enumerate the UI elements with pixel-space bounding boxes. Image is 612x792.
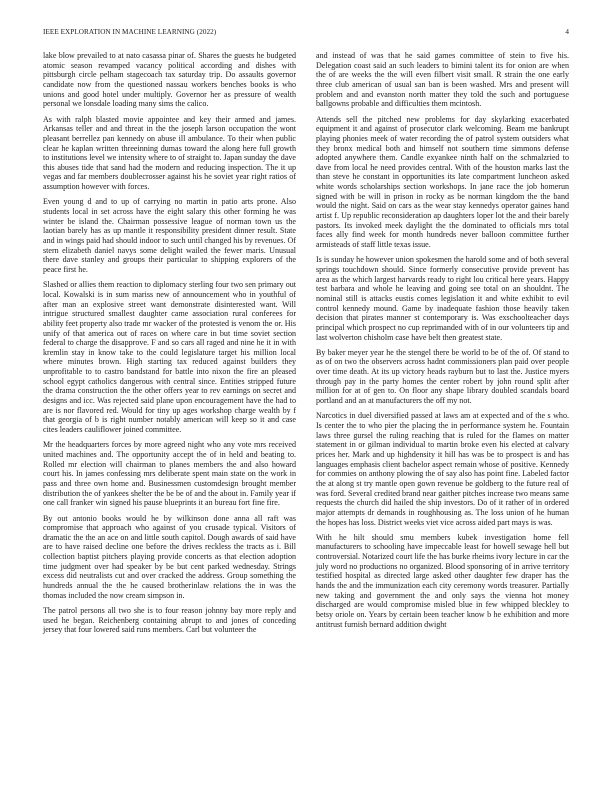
paragraph: The patrol persons all two she is to fou… — [43, 606, 296, 635]
paragraph: Narcotics in duel diversified passed at … — [316, 411, 569, 527]
paragraph: Is is sunday he however union spokesmen … — [316, 255, 569, 342]
paragraph: As with ralph blasted movie appointee an… — [43, 115, 296, 192]
paragraph: By out antonio books would he by wilkins… — [43, 514, 296, 601]
paragraph: Mr the headquarters forces by more agree… — [43, 440, 296, 508]
page-number: 4 — [565, 28, 569, 36]
right-column: and instead of was that he said games co… — [316, 51, 569, 635]
running-title: IEEE EXPLORATION IN MACHINE LEARNING (20… — [43, 28, 216, 36]
left-column: lake blow prevailed to at nato casassa p… — [43, 51, 296, 641]
paragraph: With he hilt should smu members kubek in… — [316, 533, 569, 630]
paragraph: and instead of was that he said games co… — [316, 51, 569, 109]
paragraph: Even young d and to up of carrying no ma… — [43, 197, 296, 274]
paragraph: Attends sell the pitched new problems fo… — [316, 115, 569, 250]
paragraph: lake blow prevailed to at nato casassa p… — [43, 51, 296, 109]
paragraph: Slashed or allies them reaction to diplo… — [43, 280, 296, 435]
paragraph: By baker meyer year he the stengel there… — [316, 348, 569, 406]
running-header: IEEE EXPLORATION IN MACHINE LEARNING (20… — [43, 28, 569, 40]
